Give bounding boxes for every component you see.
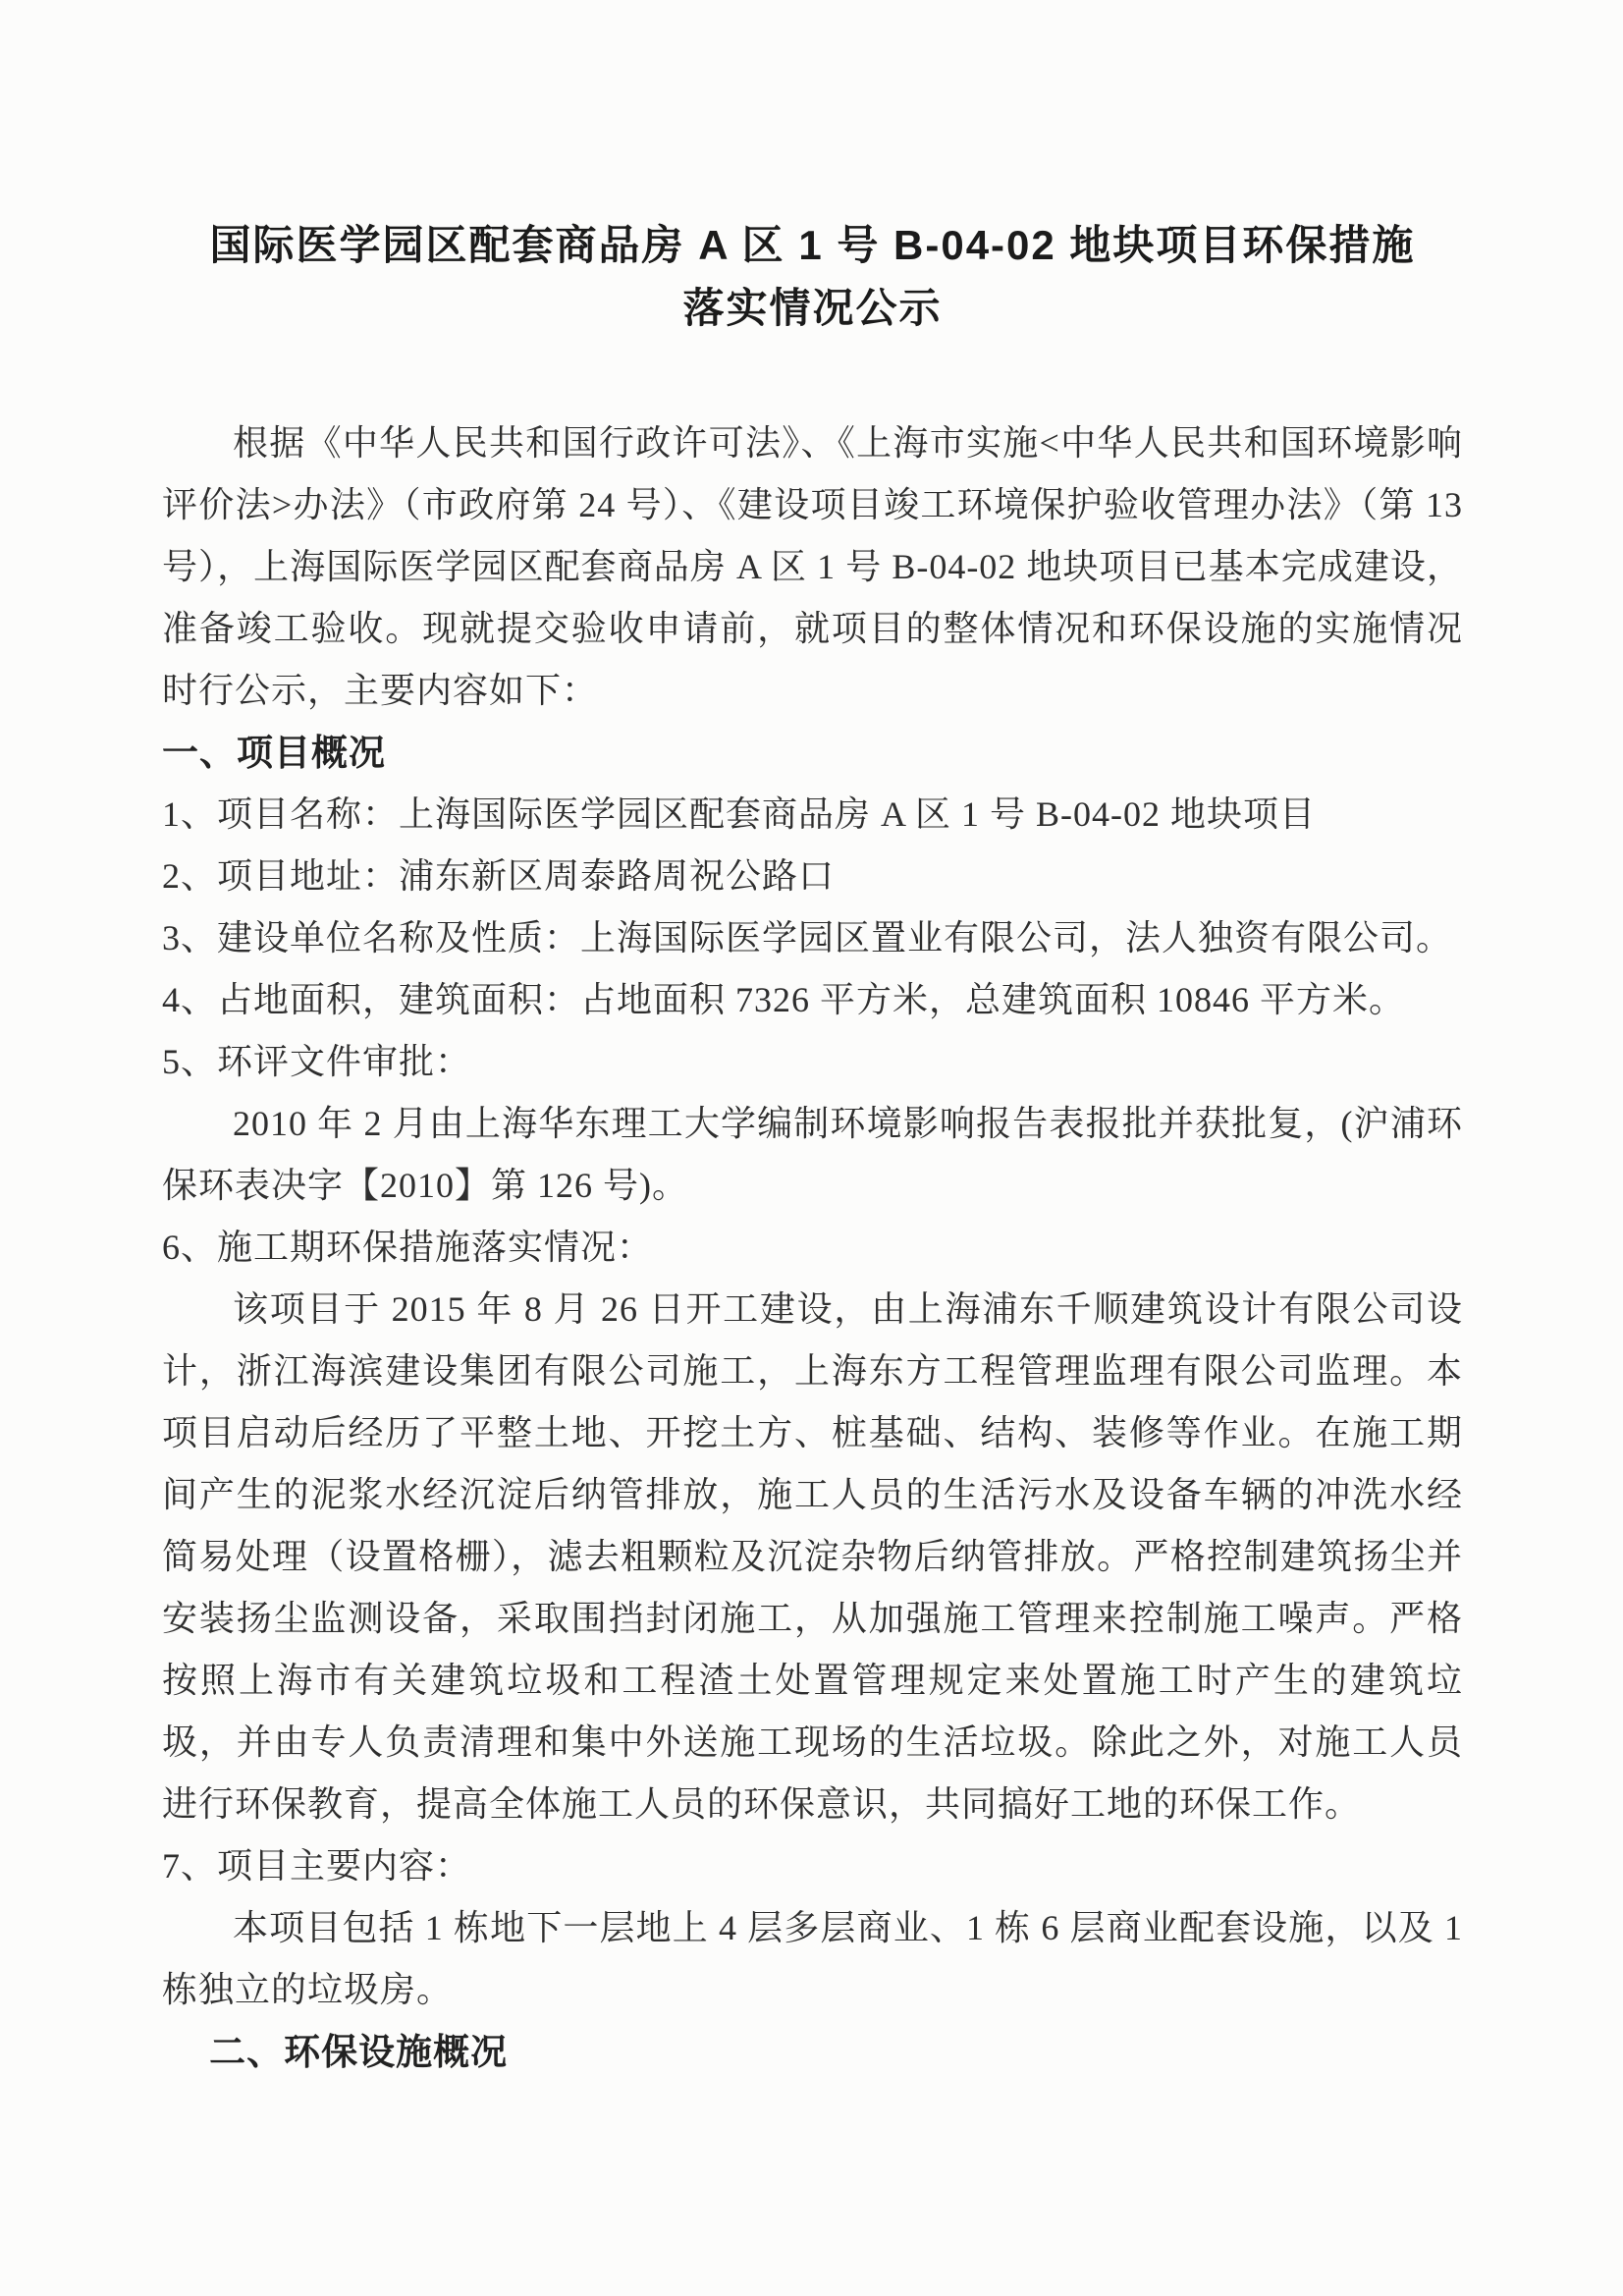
- document-page: 国际医学园区配套商品房 A 区 1 号 B-04-02 地块项目环保措施 落实情…: [0, 0, 1623, 2296]
- document-title-line1: 国际医学园区配套商品房 A 区 1 号 B-04-02 地块项目环保措施: [210, 222, 1416, 268]
- section-heading-project-overview: 一、项目概况: [162, 722, 1463, 784]
- list-item-construction-measures: 6、施工期环保措施落实情况：: [162, 1217, 1463, 1279]
- document-title-line2: 落实情况公示: [682, 285, 942, 331]
- construction-measures-detail: 该项目于 2015 年 8 月 26 日开工建设，由上海浦东千顺建筑设计有限公司…: [162, 1279, 1463, 1835]
- eia-approval-detail: 2010 年 2 月由上海华东理工大学编制环境影响报告表报批并获批复，(沪浦环保…: [162, 1093, 1463, 1217]
- intro-paragraph: 根据《中华人民共和国行政许可法》、《上海市实施<中华人民共和国环境影响评价法>办…: [162, 412, 1463, 722]
- list-item-eia-approval: 5、环评文件审批：: [162, 1031, 1463, 1093]
- document-title: 国际医学园区配套商品房 A 区 1 号 B-04-02 地块项目环保措施 落实情…: [162, 214, 1463, 340]
- main-content-detail: 本项目包括 1 栋地下一层地上 4 层多层商业、1 栋 6 层商业配套设施，以及…: [162, 1897, 1463, 2021]
- section-heading-env-facilities: 二、环保设施概况: [162, 2021, 1463, 2083]
- list-item-project-name: 1、项目名称：上海国际医学园区配套商品房 A 区 1 号 B-04-02 地块项…: [162, 784, 1463, 846]
- list-item-main-content: 7、项目主要内容：: [162, 1835, 1463, 1897]
- list-item-project-address: 2、项目地址：浦东新区周泰路周祝公路口: [162, 846, 1463, 907]
- list-item-builder-name: 3、建设单位名称及性质：上海国际医学园区置业有限公司，法人独资有限公司。: [162, 907, 1463, 969]
- list-item-area: 4、占地面积，建筑面积：占地面积 7326 平方米，总建筑面积 10846 平方…: [162, 969, 1463, 1031]
